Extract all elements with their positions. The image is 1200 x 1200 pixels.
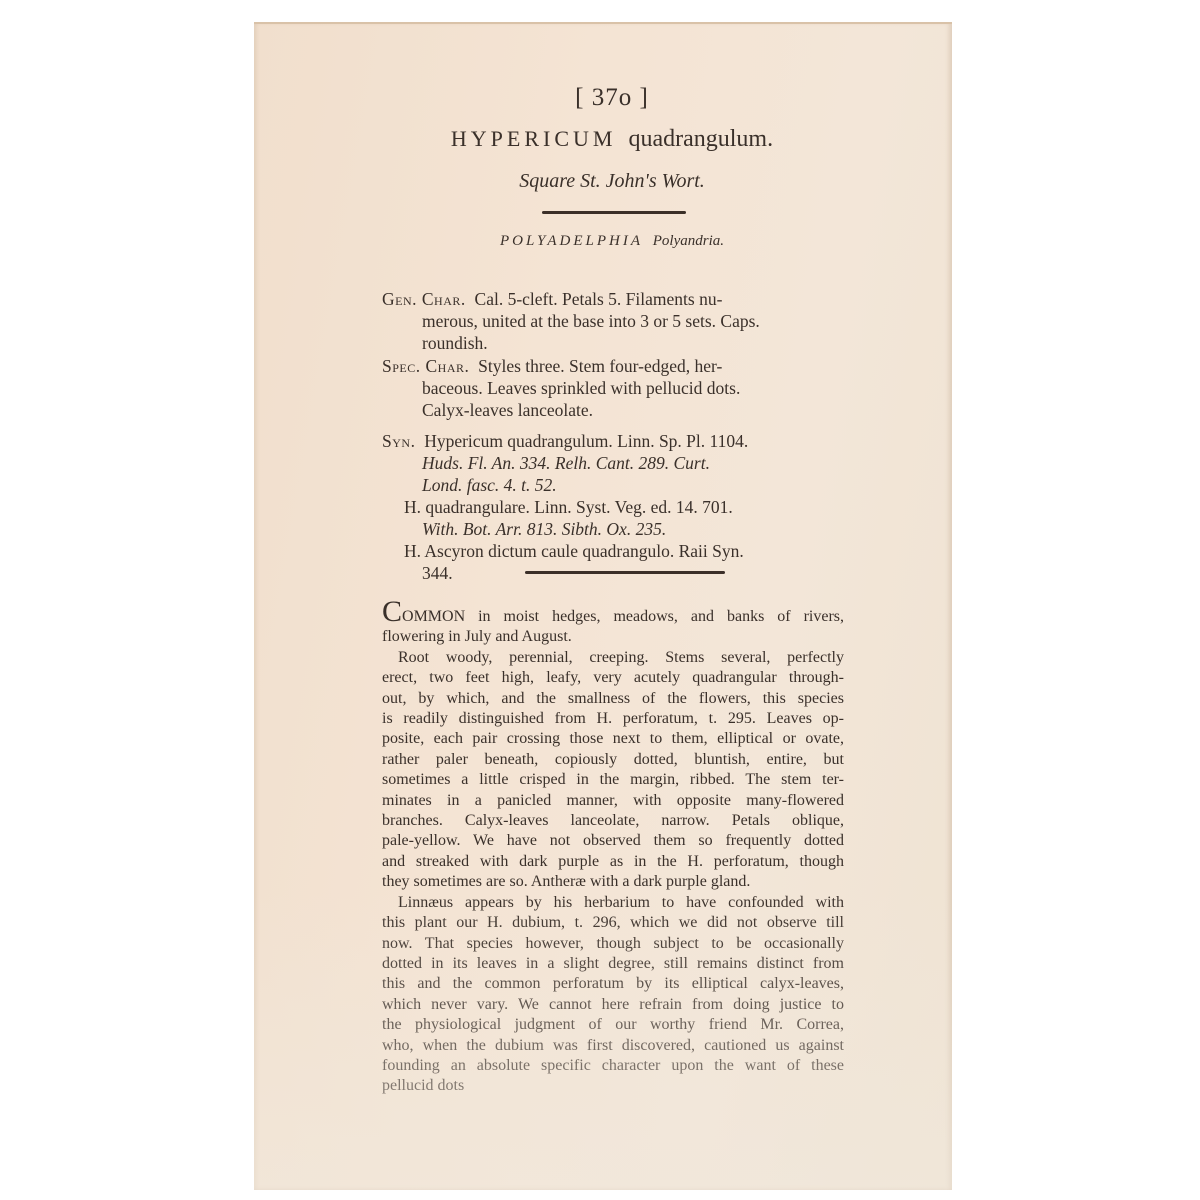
class-name: POLYADELPHIA (500, 233, 643, 249)
description-body: COMMON in moist hedges, meadows, and ban… (382, 602, 844, 1097)
body-line: OMMON in moist hedges, meadows, and bank… (402, 608, 844, 625)
spec-char-label: Spec. Char. (382, 356, 469, 376)
divider-rule (525, 571, 725, 574)
body-line: Linnæus appears by his herbarium to have… (382, 893, 844, 913)
body-line: minates in a panicled manner, with oppos… (382, 791, 844, 811)
syn-line: H. quadrangulare. Linn. Syst. Veg. ed. 1… (382, 496, 844, 518)
body-line: founding an absolute specific character … (382, 1056, 844, 1076)
body-line: who, when the dubium was first discovere… (382, 1036, 844, 1056)
drop-cap: C (382, 595, 402, 628)
body-line: which never vary. We cannot here refrain… (382, 995, 844, 1015)
body-line: this plant our H. dubium, t. 296, which … (382, 913, 844, 933)
body-line: out, by which, and the smallness of the … (382, 689, 844, 709)
body-line: this and the common perforatum by its el… (382, 974, 844, 994)
linnaean-classification: POLYADELPHIA Polyandria. (382, 233, 842, 250)
gen-char-label: Gen. Char. (382, 289, 466, 309)
book-page: [ 37o ] HYPERICUMquadrangulum. Square St… (254, 22, 952, 1190)
spec-char-line: Calyx-leaves lanceolate. (382, 399, 844, 421)
syn-line: H. Ascyron dictum caule quadrangulo. Rai… (382, 540, 844, 562)
gen-char-line: merous, united at the base into 3 or 5 s… (382, 310, 844, 332)
specific-character: Spec. Char. Styles three. Stem four-edge… (382, 355, 844, 421)
syn-label: Syn. (382, 431, 415, 451)
body-line: now. That species however, though subjec… (382, 934, 844, 954)
syn-line: Lond. fasc. 4. t. 52. (382, 474, 844, 496)
body-line: dotted in its leaves in a slight degree,… (382, 954, 844, 974)
body-line: they sometimes are so. Antheræ with a da… (382, 872, 844, 892)
body-line: posite, each pair crossing those next to… (382, 729, 844, 749)
body-line: is readily distinguished from H. perfora… (382, 709, 844, 729)
body-line: pellucid dots (382, 1076, 844, 1096)
order-name: Polyandria. (653, 233, 724, 249)
body-line: and streaked with dark purple as in the … (382, 852, 844, 872)
body-line: flowering in July and August. (382, 627, 844, 647)
body-line: erect, two feet high, leafy, very acutel… (382, 668, 844, 688)
paragraph-description: Root woody, perennial, creeping. Stems s… (382, 648, 844, 893)
spec-char-line: baceous. Leaves sprinkled with pellucid … (382, 377, 844, 399)
divider-rule (542, 211, 686, 214)
paragraph-linnaeus: Linnæus appears by his herbarium to have… (382, 893, 844, 1097)
generic-character: Gen. Char. Cal. 5-cleft. Petals 5. Filam… (382, 288, 844, 354)
page-number: [ 37o ] (382, 84, 842, 112)
genus-name: HYPERICUM (451, 126, 617, 151)
gen-char-line: Cal. 5-cleft. Petals 5. Filaments nu- (475, 289, 723, 309)
syn-line: Hypericum quadrangulum. Linn. Sp. Pl. 11… (424, 431, 748, 451)
species-name: quadrangulum. (628, 126, 773, 152)
body-line: sometimes a little crisped in the margin… (382, 770, 844, 790)
body-line: Root woody, perennial, creeping. Stems s… (382, 648, 844, 668)
body-line: pale-yellow. We have not observed them s… (382, 831, 844, 851)
syn-line: Huds. Fl. An. 334. Relh. Cant. 289. Curt… (382, 452, 844, 474)
paragraph-habitat: COMMON in moist hedges, meadows, and ban… (382, 602, 844, 648)
common-name: Square St. John's Wort. (382, 170, 842, 193)
spec-char-line: Styles three. Stem four-edged, her- (478, 356, 722, 376)
body-line: branches. Calyx-leaves lanceolate, narro… (382, 811, 844, 831)
gen-char-line: roundish. (382, 332, 844, 354)
body-line: rather paler beneath, copiously dotted, … (382, 750, 844, 770)
page-title: HYPERICUMquadrangulum. (382, 126, 842, 153)
body-line: the physiological judgment of our worthy… (382, 1015, 844, 1035)
synonymy: Syn. Hypericum quadrangulum. Linn. Sp. P… (382, 430, 844, 584)
syn-line: With. Bot. Arr. 813. Sibth. Ox. 235. (382, 518, 844, 540)
